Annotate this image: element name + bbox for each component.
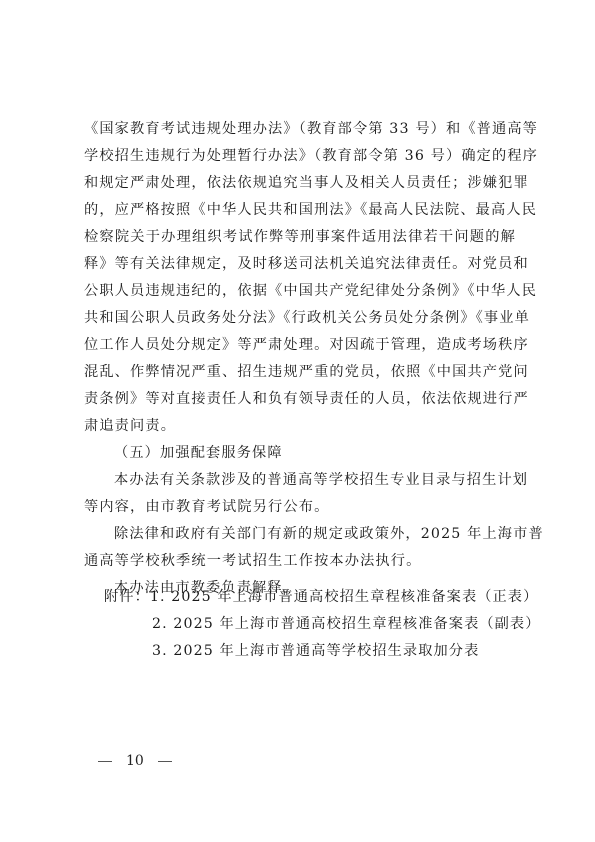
text-line: 共和国公职人员政务处分法》《行政机关公务员处分条例》《事业单 [84,305,516,332]
text-line: 公职人员违规违纪的，依据《中国共产党纪律处分条例》《中华人民 [84,278,516,305]
body-text: 《国家教育考试违规处理办法》（教育部令第 33 号）和《普通高等 学校招生违规行… [84,116,516,602]
page-number-value: 10 [126,753,144,769]
page-number: 10 [98,753,172,769]
section-heading: （五）加强配套服务保障 [84,440,516,467]
text-line: 释》等有关法律规定，及时移送司法机关追究法律责任。对党员和 [84,251,516,278]
attachments-label: 附件： [104,589,150,605]
text-line: 肃追责问责。 [84,413,516,440]
text-line: 学校招生违规行为处理暂行办法》（教育部令第 36 号）确定的程序 [84,143,516,170]
paragraph-line: 通高等学校秋季统一考试招生工作按本办法执行。 [84,548,516,575]
attachment-item: 2. 2025 年上海市普通高校招生章程核准备案表（副表） [104,611,541,638]
text-line: 和规定严肃处理，依法依规追究当事人及相关人员责任；涉嫌犯罪 [84,170,516,197]
text-line: 位工作人员处分规定》等严肃处理。对因疏于管理，造成考场秩序 [84,332,516,359]
text-line: 混乱、作弊情况严重、招生违规严重的党员，依照《中国共产党问 [84,359,516,386]
paragraph-line: 等内容，由市教育考试院另行公布。 [84,494,516,521]
text-line: 的，应严格按照《中华人民共和国刑法》《最高人民法院、最高人民 [84,197,516,224]
text-line: 检察院关于办理组织考试作弊等刑事案件适用法律若干问题的解 [84,224,516,251]
text-line: 《国家教育考试违规处理办法》（教育部令第 33 号）和《普通高等 [84,116,516,143]
attachment-item: 3. 2025 年上海市普通高等学校招生录取加分表 [104,638,541,665]
dash-decoration [158,761,172,762]
document-page: 《国家教育考试违规处理办法》（教育部令第 33 号）和《普通高等 学校招生违规行… [0,0,595,842]
paragraph-line: 本办法有关条款涉及的普通高等学校招生专业目录与招生计划 [84,467,516,494]
attachments-list: 附件：1. 2025 年上海市普通高校招生章程核准备案表（正表） 2. 2025… [104,584,541,665]
attachment-item: 附件：1. 2025 年上海市普通高校招生章程核准备案表（正表） [104,584,541,611]
text-line: 责条例》等对直接责任人和负有领导责任的人员，依法依规进行严 [84,386,516,413]
paragraph-line: 除法律和政府有关部门有新的规定或政策外，2025 年上海市普 [84,521,516,548]
dash-decoration [98,761,112,762]
